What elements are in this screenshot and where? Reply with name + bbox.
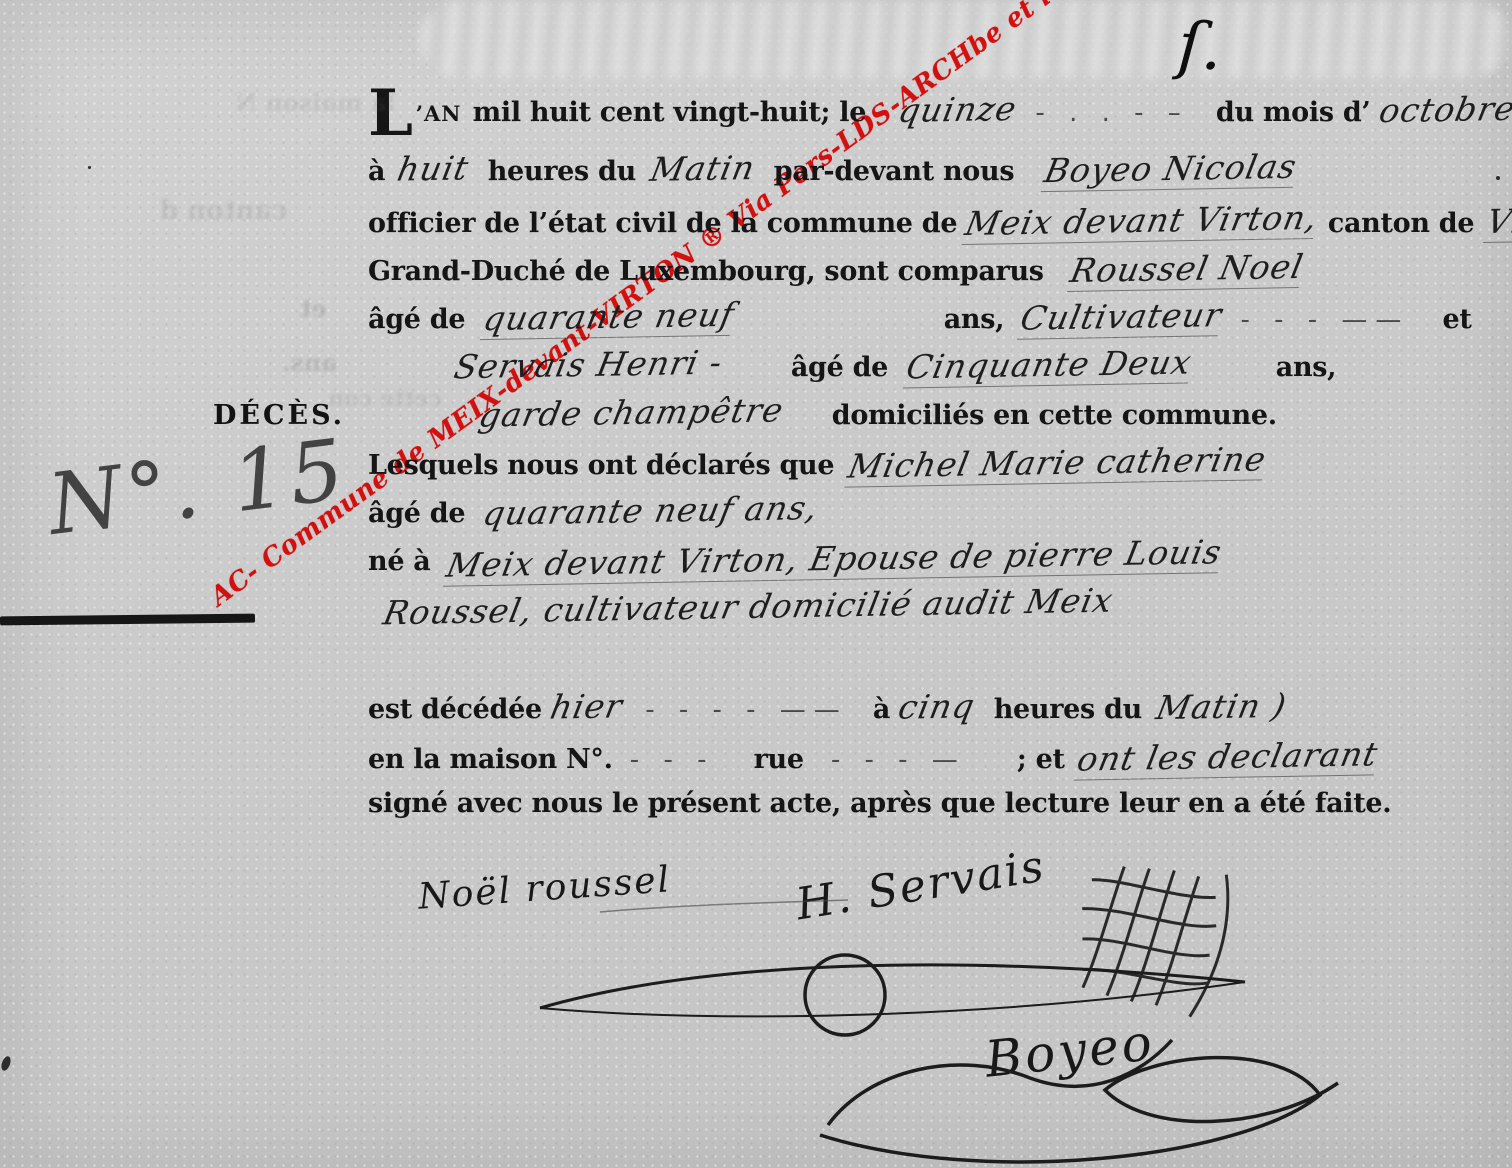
handwritten-death-hour: cinq <box>896 689 978 725</box>
printed-text: est décédée <box>368 694 542 725</box>
bleedthrough-text: cette con <box>328 386 441 412</box>
act-line-6: Servais Henri - âgé de Cinquante Deux an… <box>455 348 1336 386</box>
ink-speck <box>1496 176 1500 180</box>
form-dashes: - . . - – <box>1035 100 1188 127</box>
act-line-11: Roussel, cultivateur domicilié audit Mei… <box>385 590 1111 625</box>
handwritten-birthplace-spouse: Meix devant Virton, Epouse de pierre Lou… <box>443 535 1225 586</box>
handwritten-meridiem: Matin <box>648 151 759 187</box>
handwritten-declarant1-name: Roussel Noel <box>1067 250 1306 292</box>
printed-text: né à <box>368 546 431 577</box>
handwritten-officer-name: Boyeo Nicolas <box>1041 150 1300 192</box>
handwritten-hour: huit <box>395 151 472 187</box>
act-line-4: Grand-Duché de Luxembourg, sont comparus… <box>368 252 1302 290</box>
handwritten-age: Cinquante Deux <box>903 346 1195 389</box>
form-dashes: - - - - —— <box>645 697 848 724</box>
printed-text: officier de l’état civil de la commune d… <box>368 208 957 239</box>
printed-text: ans, <box>1276 352 1337 383</box>
printed-text: domiciliés en cette commune. <box>832 400 1277 431</box>
printed-dropcap: L <box>368 76 413 151</box>
bleedthrough-text: canton d <box>160 196 287 226</box>
handwritten-death-day: hier <box>547 689 625 725</box>
printed-text: âgé de <box>791 352 888 383</box>
form-dashes: - - - <box>630 747 715 774</box>
handwritten-clause: ont les declarant <box>1074 737 1381 780</box>
handwritten-profession: Cultivateur <box>1017 298 1225 339</box>
form-dashes: - - - — <box>831 747 966 774</box>
act-line-3: officier de l’état civil de la commune d… <box>368 204 1512 242</box>
act-line-10: né à Meix devant Virton, Epouse de pierr… <box>368 542 1219 580</box>
printed-text: canton de <box>1328 208 1474 239</box>
printed-text: à <box>368 156 385 187</box>
printed-text: âgé de <box>368 498 465 529</box>
printed-text: rue <box>754 744 804 775</box>
printed-text: en la maison N°. <box>368 744 613 775</box>
printed-text: heures du <box>488 156 636 187</box>
handwritten-month: octobre <box>1376 92 1512 129</box>
handwritten-day: quinze <box>896 92 1020 129</box>
ink-speck <box>88 166 91 169</box>
death-act-scan-page: AC- Commune de MEIX-devant-VIRTON ® Via … <box>0 0 1512 1168</box>
act-line-2: à huit heures du Matin par-devant nous B… <box>368 152 1296 190</box>
handwritten-canton: Virton <box>1483 203 1512 243</box>
handwritten-age: quarante neuf <box>480 298 738 340</box>
printed-text: ’AN <box>416 101 462 126</box>
printed-text: ans, <box>944 304 1005 335</box>
act-line-12: est décédée hier - - - - —— à cinq heure… <box>368 690 1286 725</box>
servais-paraph-grid-icon <box>1068 853 1233 1020</box>
signature-officer: Boyeo <box>982 1013 1157 1088</box>
printed-text: âgé de <box>368 304 465 335</box>
printed-text: à <box>873 694 890 725</box>
printed-text: mil huit cent vingt-huit; le <box>473 97 867 128</box>
handwritten-deceased-name: Michel Marie catherine <box>845 442 1270 487</box>
handwritten-declarant2-name: Servais Henri - <box>451 346 725 385</box>
page-number-mark: ſ. <box>1175 9 1224 86</box>
act-line-7: garde champêtre domiciliés en cette comm… <box>480 396 1277 431</box>
printed-text: du mois d’ <box>1216 97 1371 128</box>
form-dashes: - - - —— <box>1240 307 1409 334</box>
handwritten-spouse-details: Roussel, cultivateur domicilié audit Mei… <box>380 584 1116 631</box>
handwritten-deceased-age: quarante neuf ans, <box>480 491 821 531</box>
printed-text: par-devant nous <box>774 156 1015 187</box>
act-line-8: Lesquels nous ont déclarés que Michel Ma… <box>368 446 1265 484</box>
signature-declarant2: H. Servais <box>793 841 1049 931</box>
printed-text: et <box>1442 304 1471 335</box>
margin-rule-bar <box>0 614 255 626</box>
signature-declarant1: Noël roussel <box>417 859 673 918</box>
act-line-1: L’AN mil huit cent vingt-huit; le quinze… <box>368 92 1512 137</box>
act-line-9: âgé de quarante neuf ans, <box>368 494 817 529</box>
printed-text: Lesquels nous ont déclarés que <box>368 450 834 481</box>
ink-speck <box>0 1055 12 1072</box>
bleedthrough-text: ans. <box>282 348 337 377</box>
act-line-5: âgé de quarante neuf ans, Cultivateur - … <box>368 300 1472 338</box>
handwritten-meridiem: Matin ) <box>1153 689 1289 726</box>
act-line-14: signé avec nous le présent acte, après q… <box>368 790 1391 818</box>
printed-text: Grand-Duché de Luxembourg, sont comparus <box>368 256 1044 287</box>
printed-text: heures du <box>994 694 1142 725</box>
handwritten-profession: garde champêtre <box>476 393 786 433</box>
act-line-13: en la maison N°. - - - rue - - - — ; et … <box>368 740 1377 778</box>
printed-text: signé avec nous le présent acte, après q… <box>368 788 1391 819</box>
bleedthrough-text: et <box>300 294 326 323</box>
handwritten-commune: Meix devant Virton, <box>962 201 1321 245</box>
printed-text: ; et <box>1017 744 1065 775</box>
